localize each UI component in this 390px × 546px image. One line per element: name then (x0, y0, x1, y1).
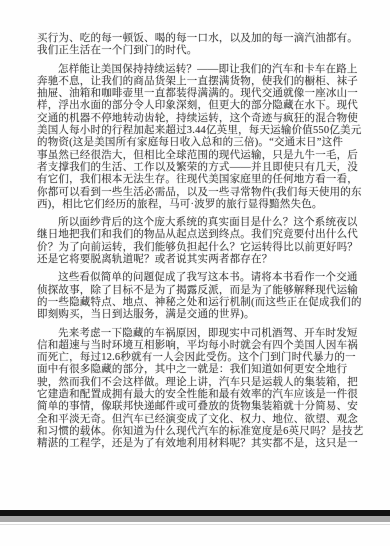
bottom-gray-bar (0, 516, 390, 522)
paragraph: 怎样能让美国保持持续运转？——即让我们的汽车和卡车在路上 奔驰不息，让我们的商品… (37, 64, 367, 212)
bottom-thin-line (0, 524, 390, 525)
paragraph: 所以面纱背后的这个庞大系统的真实面目是什么？这个系统夜以 继日地把我们和我们的物… (37, 217, 367, 266)
paragraph-continuation: 买行为、吃的每一顿饭、喝的每一口水，以及加的每一滴汽油都有。 我们正生活在一个门… (37, 33, 367, 58)
body-text: 买行为、吃的每一顿饭、喝的每一口水，以及加的每一滴汽油都有。 我们正生活在一个门… (37, 33, 367, 457)
paragraph: 这些看似简单的问题促成了我写这本书。请将本书看作一个交通 侦探故事，除了目标不是… (37, 272, 367, 321)
paragraph: 先来考虑一下隐藏的车祸原因，即现实中司机酒驾、开车时发短 信和超速与当时环境互相… (37, 328, 367, 451)
scanned-book-page: 买行为、吃的每一顿饭、喝的每一口水，以及加的每一滴汽油都有。 我们正生活在一个门… (0, 0, 390, 546)
